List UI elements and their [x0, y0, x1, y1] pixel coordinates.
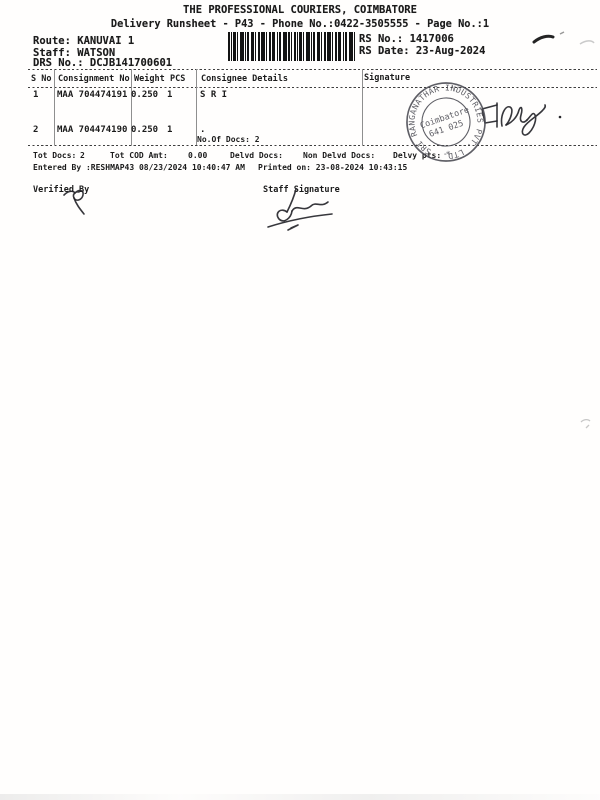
cell-pcs: 1	[167, 91, 172, 100]
staff-signature	[258, 186, 348, 234]
route-value: KANUVAI 1	[77, 35, 134, 47]
tot-docs-label: Tot Docs:	[33, 152, 76, 160]
runsheet-subtitle: Delivery Runsheet - P43 - Phone No.:0422…	[0, 19, 600, 29]
header-weight: Weight	[134, 75, 165, 84]
cell-s-no: 2	[33, 126, 38, 135]
drs-line: DRS No.: DCJB141700601	[33, 58, 172, 69]
header-consignment-no: Consignment No	[58, 75, 130, 84]
drs-number-value: DCJB141700601	[90, 57, 172, 69]
pen-mark	[528, 28, 598, 54]
cell-s-no: 1	[33, 91, 38, 100]
cell-consignee: S R I	[200, 91, 227, 100]
cell-pcs: 1	[167, 126, 172, 135]
header-pcs: PCS	[170, 75, 185, 84]
tot-docs-value: 2	[80, 152, 85, 160]
rs-no-label: RS No.:	[359, 33, 403, 45]
cell-weight: 0.250	[131, 126, 158, 135]
drs-number-label: DRS No.:	[33, 57, 84, 69]
header-consignee-details: Consignee Details	[201, 75, 288, 84]
delvd-docs-label: Delvd Docs:	[230, 152, 283, 160]
cell-consignment-no: MAA 704474191	[57, 91, 127, 100]
header-s-no: S No	[31, 75, 51, 84]
cell-weight: 0.250	[131, 91, 158, 100]
rs-date-label: RS Date:	[359, 45, 410, 57]
entered-by-text: Entered By :RESHMAP43 08/23/2024 10:40:4…	[33, 164, 245, 172]
table-top-border	[28, 69, 597, 71]
company-title: THE PROFESSIONAL COURIERS, COIMBATORE	[0, 5, 600, 16]
company-stamp: SRI RANGANATHAR INDUSTRIES PVT. LTD. * C…	[400, 76, 500, 172]
rs-no-line: RS No.: 1417006	[359, 34, 454, 45]
table-header-border	[28, 87, 597, 89]
scan-edge-artifact	[0, 794, 600, 800]
non-delvd-docs-label: Non Delvd Docs:	[303, 152, 375, 160]
rs-date-line: RS Date: 23-Aug-2024	[359, 46, 485, 57]
cell-consignee: .	[200, 126, 205, 135]
barcode	[228, 32, 355, 61]
cell-docs-note: No.Of Docs: 2	[197, 136, 260, 144]
route-label: Route:	[33, 35, 71, 47]
faint-smudge	[578, 416, 598, 432]
column-divider	[362, 69, 363, 145]
runsheet-page: THE PROFESSIONAL COURIERS, COIMBATORE De…	[0, 0, 600, 800]
table-bottom-border	[28, 145, 597, 147]
column-divider	[196, 69, 197, 145]
rs-no-value: 1417006	[410, 33, 454, 45]
stamp-star: *	[445, 150, 451, 161]
verified-by-signature	[50, 186, 105, 220]
cell-consignment-no: MAA 704474190	[57, 126, 127, 135]
route-line: Route: KANUVAI 1	[33, 36, 134, 47]
rs-date-value: 23-Aug-2024	[416, 45, 486, 57]
printed-on-text: Printed on: 23-08-2024 10:43:15	[258, 164, 407, 172]
tot-cod-value: 0.00	[188, 152, 207, 160]
tot-cod-label: Tot COD Amt:	[110, 152, 168, 160]
column-divider	[54, 69, 55, 145]
